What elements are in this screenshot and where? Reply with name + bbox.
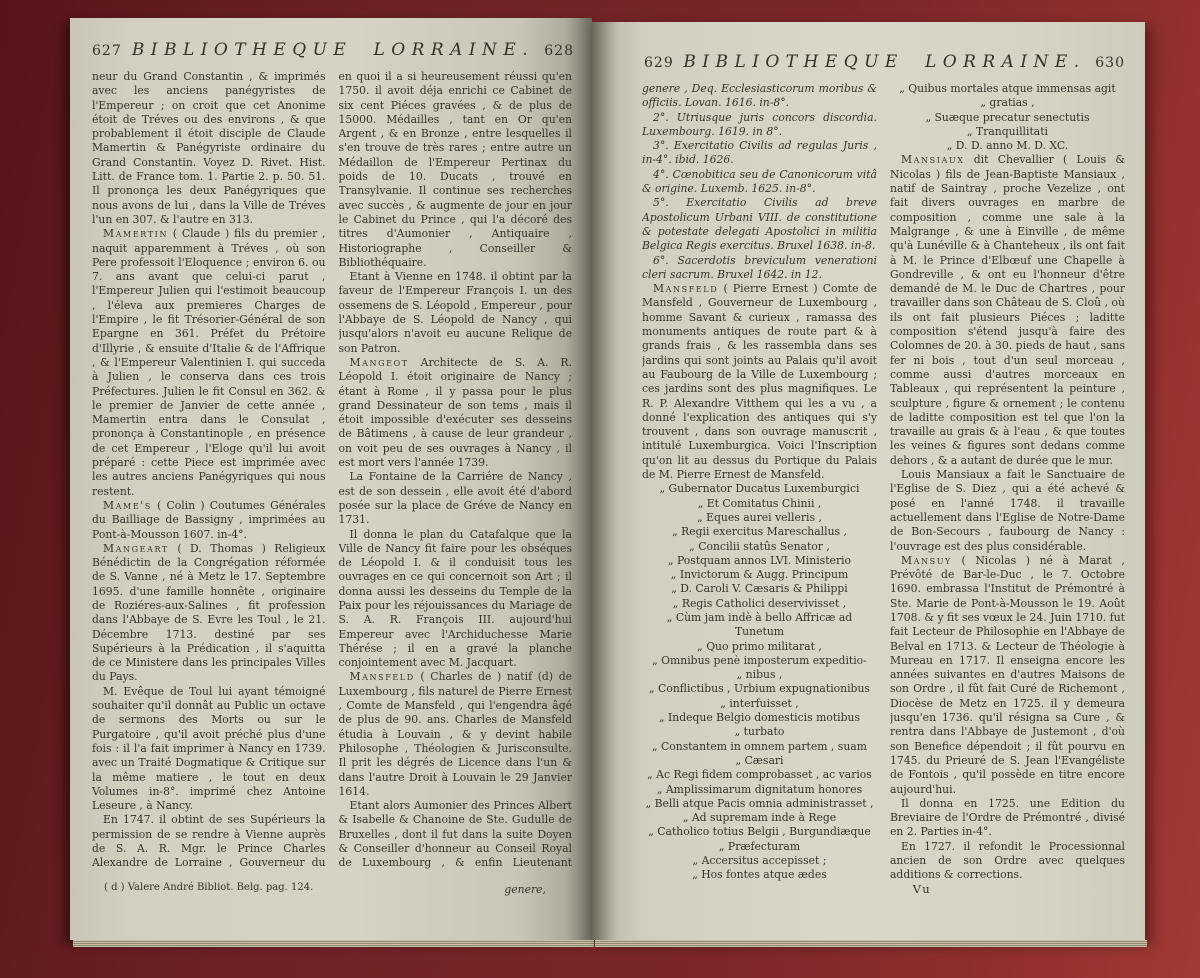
text-paragraph: 4°. Cœnobitica seu de Canonicorum vitâ &… bbox=[642, 168, 877, 197]
page-number: 627 bbox=[92, 43, 122, 59]
inscription-line: „ D. Caroli V. Cæsaris & Philippi bbox=[642, 582, 877, 596]
text-paragraph: Louis Mansiaux a fait le Sanctuaire de l… bbox=[890, 468, 1125, 554]
text-paragraph: 5°. Exercitatio Civilis ad breve Apostol… bbox=[642, 196, 877, 253]
text-paragraph: Mangeart ( D. Thomas ) Religieux Bénédic… bbox=[92, 542, 326, 685]
text-paragraph: neur du Grand Constantin , & imprimés av… bbox=[92, 70, 326, 227]
text-paragraph: Mansuy ( Nicolas ) né à Marat , Prévôté … bbox=[890, 554, 1125, 797]
inscription-line: „ turbato bbox=[642, 725, 877, 739]
inscription-line: „ Catholico totius Belgii , Burgundiæque bbox=[642, 825, 877, 839]
signature-mark: Vu bbox=[913, 882, 932, 896]
entry-headword: Mansuy bbox=[901, 554, 952, 567]
entry-headword: Mangeot bbox=[350, 356, 409, 369]
right-column-1: genere , Deq. Ecclesiasticorum moribus &… bbox=[642, 82, 877, 882]
page-number: 628 bbox=[544, 43, 574, 59]
catchword: genere, bbox=[504, 883, 546, 896]
inscription-line: „ Belli atque Pacis omnia administrasset… bbox=[642, 797, 877, 811]
inscription-line: „ Eques aurei velleris , bbox=[642, 511, 877, 525]
entry-headword: Mamertin bbox=[103, 227, 168, 240]
inscription-line: „ Cùm jam indè à bello Affricæ ad Tunetu… bbox=[642, 611, 877, 640]
entry-headword: Mame's bbox=[103, 499, 152, 512]
text-paragraph: En 1747. il obtint de ses Supérieurs la … bbox=[92, 813, 326, 870]
inscription-line: „ Accersitus accepisset ; bbox=[642, 854, 877, 868]
inscription-line: „ Omnibus penè imposterum expeditio- bbox=[642, 654, 877, 668]
inscription-line: „ Regis Catholici deservivisset , bbox=[642, 597, 877, 611]
left-page-columns: neur du Grand Constantin , & imprimés av… bbox=[70, 68, 592, 870]
inscription-line: „ Regii exercitus Mareschallus , bbox=[642, 525, 877, 539]
inscription-line: „ Gubernator Ducatus Luxemburgici bbox=[642, 482, 877, 496]
inscription-line: „ Amplissimarum dignitatum honores bbox=[642, 783, 877, 797]
inscription-line: „ D. D. anno M. D. XC. bbox=[890, 139, 1125, 153]
text-paragraph: genere , Deq. Ecclesiasticorum moribus &… bbox=[642, 82, 877, 111]
page-number: 630 bbox=[1095, 55, 1125, 71]
text-paragraph: Mangeot Architecte de S. A. R. Léopold I… bbox=[339, 356, 573, 470]
text-paragraph: 6°. Sacerdotis breviculum venerationi cl… bbox=[642, 254, 877, 283]
inscription-line: „ Præfecturam bbox=[642, 840, 877, 854]
inscription-line: „ Suæque precatur senectutis bbox=[890, 111, 1125, 125]
inscription-line: „ Tranquillitati bbox=[890, 125, 1125, 139]
entry-headword: Mansiaux bbox=[901, 153, 965, 166]
running-title: BIBLIOTHEQUE LORRAINE. bbox=[122, 40, 545, 60]
inscription-line: „ nibus , bbox=[642, 668, 877, 682]
right-page-header: 629 BIBLIOTHEQUE LORRAINE. 630 bbox=[592, 22, 1145, 80]
text-paragraph: Mansiaux dit Chevallier ( Louis & Nicola… bbox=[890, 153, 1125, 468]
text-paragraph: 2°. Utriusque juris concors discordia. L… bbox=[642, 111, 877, 140]
text-paragraph: Etant alors Aumonier des Princes Albert … bbox=[339, 799, 573, 870]
right-page-columns: genere , Deq. Ecclesiasticorum moribus &… bbox=[592, 80, 1145, 882]
left-page: 627 BIBLIOTHEQUE LORRAINE. 628 neur du G… bbox=[70, 18, 592, 940]
inscription-line: „ Ac Regi fidem comprobasset , ac varios bbox=[642, 768, 877, 782]
text-paragraph: Mansfeld ( Charles de ) natif (d) de Lux… bbox=[339, 670, 573, 799]
inscription-line: „ Postquam annos LVI. Ministerio bbox=[642, 554, 877, 568]
text-paragraph: Il donna le plan du Catafalque que la Vi… bbox=[339, 528, 573, 671]
right-page: 629 BIBLIOTHEQUE LORRAINE. 630 genere , … bbox=[592, 22, 1145, 940]
text-paragraph: La Fontaine de la Carriére de Nancy , es… bbox=[339, 470, 573, 527]
text-paragraph: Mamertin ( Claude ) fils du premier , na… bbox=[92, 227, 326, 499]
text-paragraph: Mame's ( Colin ) Coutumes Générales du B… bbox=[92, 499, 326, 542]
entry-headword: Mangeart bbox=[103, 542, 169, 555]
inscription-line: „ Ad supremam inde à Rege bbox=[642, 811, 877, 825]
inscription-line: „ Quo primo militarat , bbox=[642, 640, 877, 654]
right-column-2: „ Quibus mortales atque immensas agit„ g… bbox=[890, 82, 1125, 882]
inscription-line: „ Hos fontes atque ædes bbox=[642, 868, 877, 882]
text-paragraph: Etant à Vienne en 1748. il obtint par la… bbox=[339, 270, 573, 356]
left-column-2: en quoi il a si heureusement réussi qu'e… bbox=[339, 70, 573, 870]
inscription-line: „ Et Comitatus Chinii , bbox=[642, 497, 877, 511]
inscription-line: „ Concilii statûs Senator , bbox=[642, 540, 877, 554]
inscription-line: „ gratias , bbox=[890, 96, 1125, 110]
footnote: ( d ) Valere André Bibliot. Belg. pag. 1… bbox=[104, 881, 374, 894]
inscription-line: „ interfuisset , bbox=[642, 697, 877, 711]
inscription-line: „ Indeque Belgio domesticis motibus bbox=[642, 711, 877, 725]
left-page-header: 627 BIBLIOTHEQUE LORRAINE. 628 bbox=[70, 18, 592, 68]
inscription-line: „ Quibus mortales atque immensas agit bbox=[890, 82, 1125, 96]
entry-headword: Mansfeld bbox=[653, 282, 718, 295]
running-title: BIBLIOTHEQUE LORRAINE. bbox=[674, 52, 1096, 72]
entry-headword: Mansfeld bbox=[350, 670, 415, 683]
inscription-line: „ Constantem in omnem partem , suam bbox=[642, 740, 877, 754]
inscription-line: „ Invictorum & Augg. Principum bbox=[642, 568, 877, 582]
text-paragraph: Il donna en 1725. une Edition du Breviai… bbox=[890, 797, 1125, 840]
text-paragraph: En 1727. il refondit le Processionnal an… bbox=[890, 840, 1125, 882]
text-paragraph: Mansfeld ( Pierre Ernest ) Comte de Mans… bbox=[642, 282, 877, 482]
left-column-1: neur du Grand Constantin , & imprimés av… bbox=[92, 70, 326, 870]
inscription-line: „ Cæsari bbox=[642, 754, 877, 768]
text-paragraph: 3°. Exercitatio Civilis ad regulas Juris… bbox=[642, 139, 877, 168]
page-number: 629 bbox=[644, 55, 674, 71]
text-paragraph: M. Evêque de Toul lui ayant témoigné sou… bbox=[92, 685, 326, 814]
text-paragraph: en quoi il a si heureusement réussi qu'e… bbox=[339, 70, 573, 270]
inscription-line: „ Conflictibus , Urbium expugnationibus bbox=[642, 682, 877, 696]
